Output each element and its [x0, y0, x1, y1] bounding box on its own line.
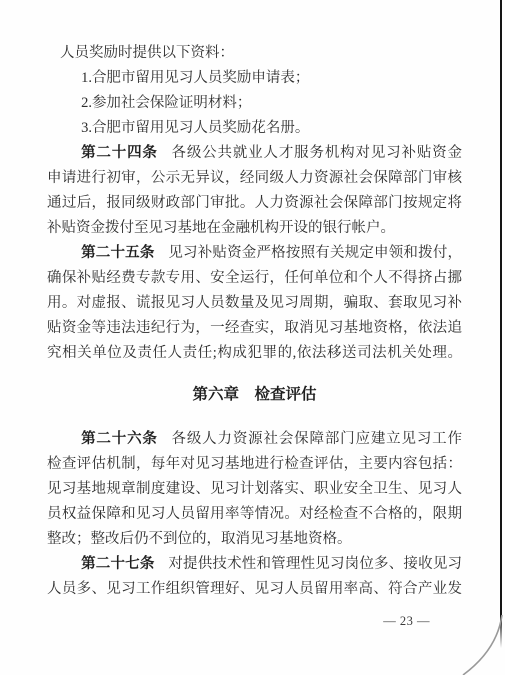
article-26-number: 第二十六条 — [81, 431, 158, 447]
article-26-line: 整改；整改后仍不到位的，取消见习基地资格。 — [47, 527, 462, 552]
article-26-text: 各级人力资源社会保障部门应建立见习工作 — [172, 431, 463, 447]
article-26-line: 员权益保障和见习人员留用率等情况。对经检查不合格的，限期 — [47, 502, 462, 527]
article-26-line: 见习基地规章制度建设、见习计划落实、职业安全卫生、见习人 — [47, 477, 462, 502]
scan-edge-line — [500, 0, 502, 648]
list-item-2: 2.参加社会保险证明材料； — [47, 91, 462, 116]
article-26-line: 检查评估机制，每年对见习基地进行检查评估，主要内容包括： — [47, 452, 462, 477]
text-block: 人员奖励时提供以下资料： 1.合肥市留用见习人员奖励申请表； 2.参加社会保险证… — [47, 41, 462, 634]
article-25-first-line: 第二十五条见习补贴资金严格按照有关规定申领和拨付， — [47, 241, 462, 266]
article-24-line: 补贴资金拨付至见习基地在金融机构开设的银行帐户。 — [47, 216, 462, 241]
article-26-first-line: 第二十六条各级人力资源社会保障部门应建立见习工作 — [47, 427, 462, 452]
article-25-line: 用。对虚报、谎报见习人员数量及见习周期，骗取、套取见习补 — [47, 291, 462, 316]
article-27-text: 对提供技术性和管理性见习岗位多、接收见习 — [168, 556, 462, 572]
page-number: — 23 — — [47, 609, 462, 634]
article-25-line: 确保补贴经费专款专用、安全运行，任何单位和个人不得挤占挪 — [47, 266, 462, 291]
article-24-line: 申请进行初审，公示无异议，经同级人力资源社会保障部门审核 — [47, 166, 462, 191]
article-27-first-line: 第二十七条对提供技术性和管理性见习岗位多、接收见习 — [47, 552, 462, 577]
article-24-line: 通过后，报同级财政部门审批。人力资源社会保障部门按规定将 — [47, 191, 462, 216]
chapter-heading: 第六章 检查评估 — [47, 382, 462, 407]
article-24-text: 各级公共就业人才服务机构对见习补贴资金 — [172, 145, 463, 161]
page-corner-curve-icon — [445, 605, 505, 675]
article-24-first-line: 第二十四条各级公共就业人才服务机构对见习补贴资金 — [47, 141, 462, 166]
article-27-number: 第二十七条 — [81, 556, 154, 572]
list-item-1: 1.合肥市留用见习人员奖励申请表； — [47, 66, 462, 91]
article-25-line: 究相关单位及责任人责任;构成犯罪的,依法移送司法机关处理。 — [47, 341, 462, 366]
article-25-text: 见习补贴资金严格按照有关规定申领和拨付， — [168, 245, 462, 261]
article-25-number: 第二十五条 — [81, 245, 154, 261]
article-25-line: 贴资金等违法违纪行为，一经查实，取消见习基地资格，依法追 — [47, 316, 462, 341]
article-27-line: 人员多、见习工作组织管理好、见习人员留用率高、符合产业发 — [47, 577, 462, 602]
document-page: 人员奖励时提供以下资料： 1.合肥市留用见习人员奖励申请表； 2.参加社会保险证… — [0, 0, 505, 675]
paragraph-continuation-line: 人员奖励时提供以下资料： — [47, 41, 462, 66]
list-item-3: 3.合肥市留用见习人员奖励花名册。 — [47, 116, 462, 141]
article-24-number: 第二十四条 — [81, 145, 158, 161]
